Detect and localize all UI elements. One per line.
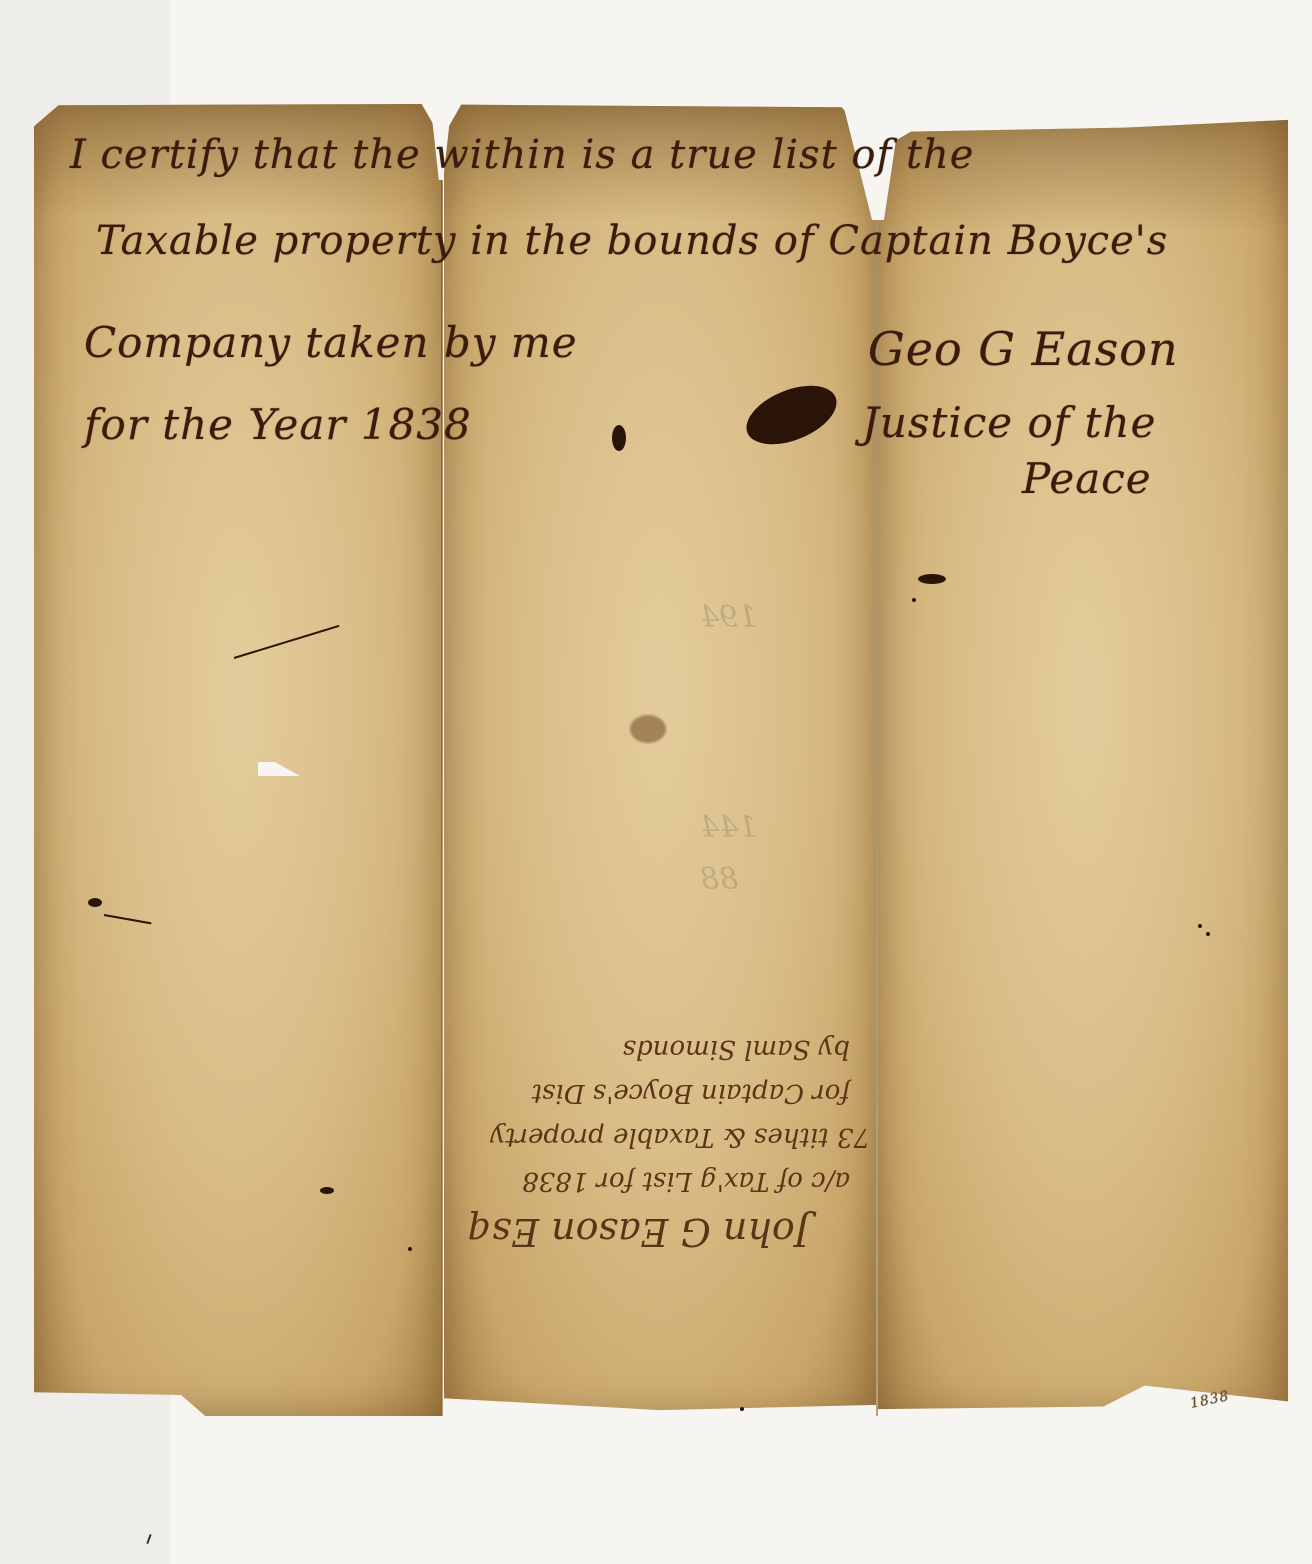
certificate-line-1: I certify that the within is a true list… [70,132,974,178]
corner-note: 1838 [1189,1388,1231,1412]
ink-speck [1198,924,1202,928]
fold-crease-right [876,100,878,1416]
fold-crease-left [441,100,443,1416]
bleed-through-number: 194 [700,600,757,635]
signature-name: Geo G Eason [868,322,1179,376]
bleed-through-number: 88 [700,862,738,897]
ink-speck [912,598,916,602]
certificate-line-2: Taxable property in the bounds of Captai… [96,218,1168,264]
docket-endorsement: John G Eason Esq a/c of Tax'g List for 1… [470,1020,870,1268]
endorsement-line: a/c of Tax'g List for 1838 [470,1166,850,1196]
endorsement-line: by Saml Simonds [470,1034,850,1064]
document-panel-left [34,100,442,1416]
certificate-line-4: for the Year 1838 [84,400,472,449]
signature-title: Justice of the [862,398,1156,447]
ink-speck [408,1247,412,1251]
ink-speck [740,1407,744,1411]
certificate-line-3: Company taken by me [84,318,578,367]
ink-speck [1206,932,1210,936]
signature-title-continued: Peace [1022,454,1152,503]
water-stain [630,715,666,743]
ink-drip [612,425,626,451]
document-panel-right [878,112,1288,1417]
endorsement-line: John G Eason Esq [470,1210,810,1254]
ink-spot [320,1187,334,1194]
endorsement-line: 73 tithes & Taxable property [470,1122,870,1152]
ink-spot [88,898,102,907]
bleed-through-number: 144 [700,810,757,845]
endorsement-line: for Captain Boyce's Dist [470,1078,850,1108]
ink-spot [918,574,946,584]
